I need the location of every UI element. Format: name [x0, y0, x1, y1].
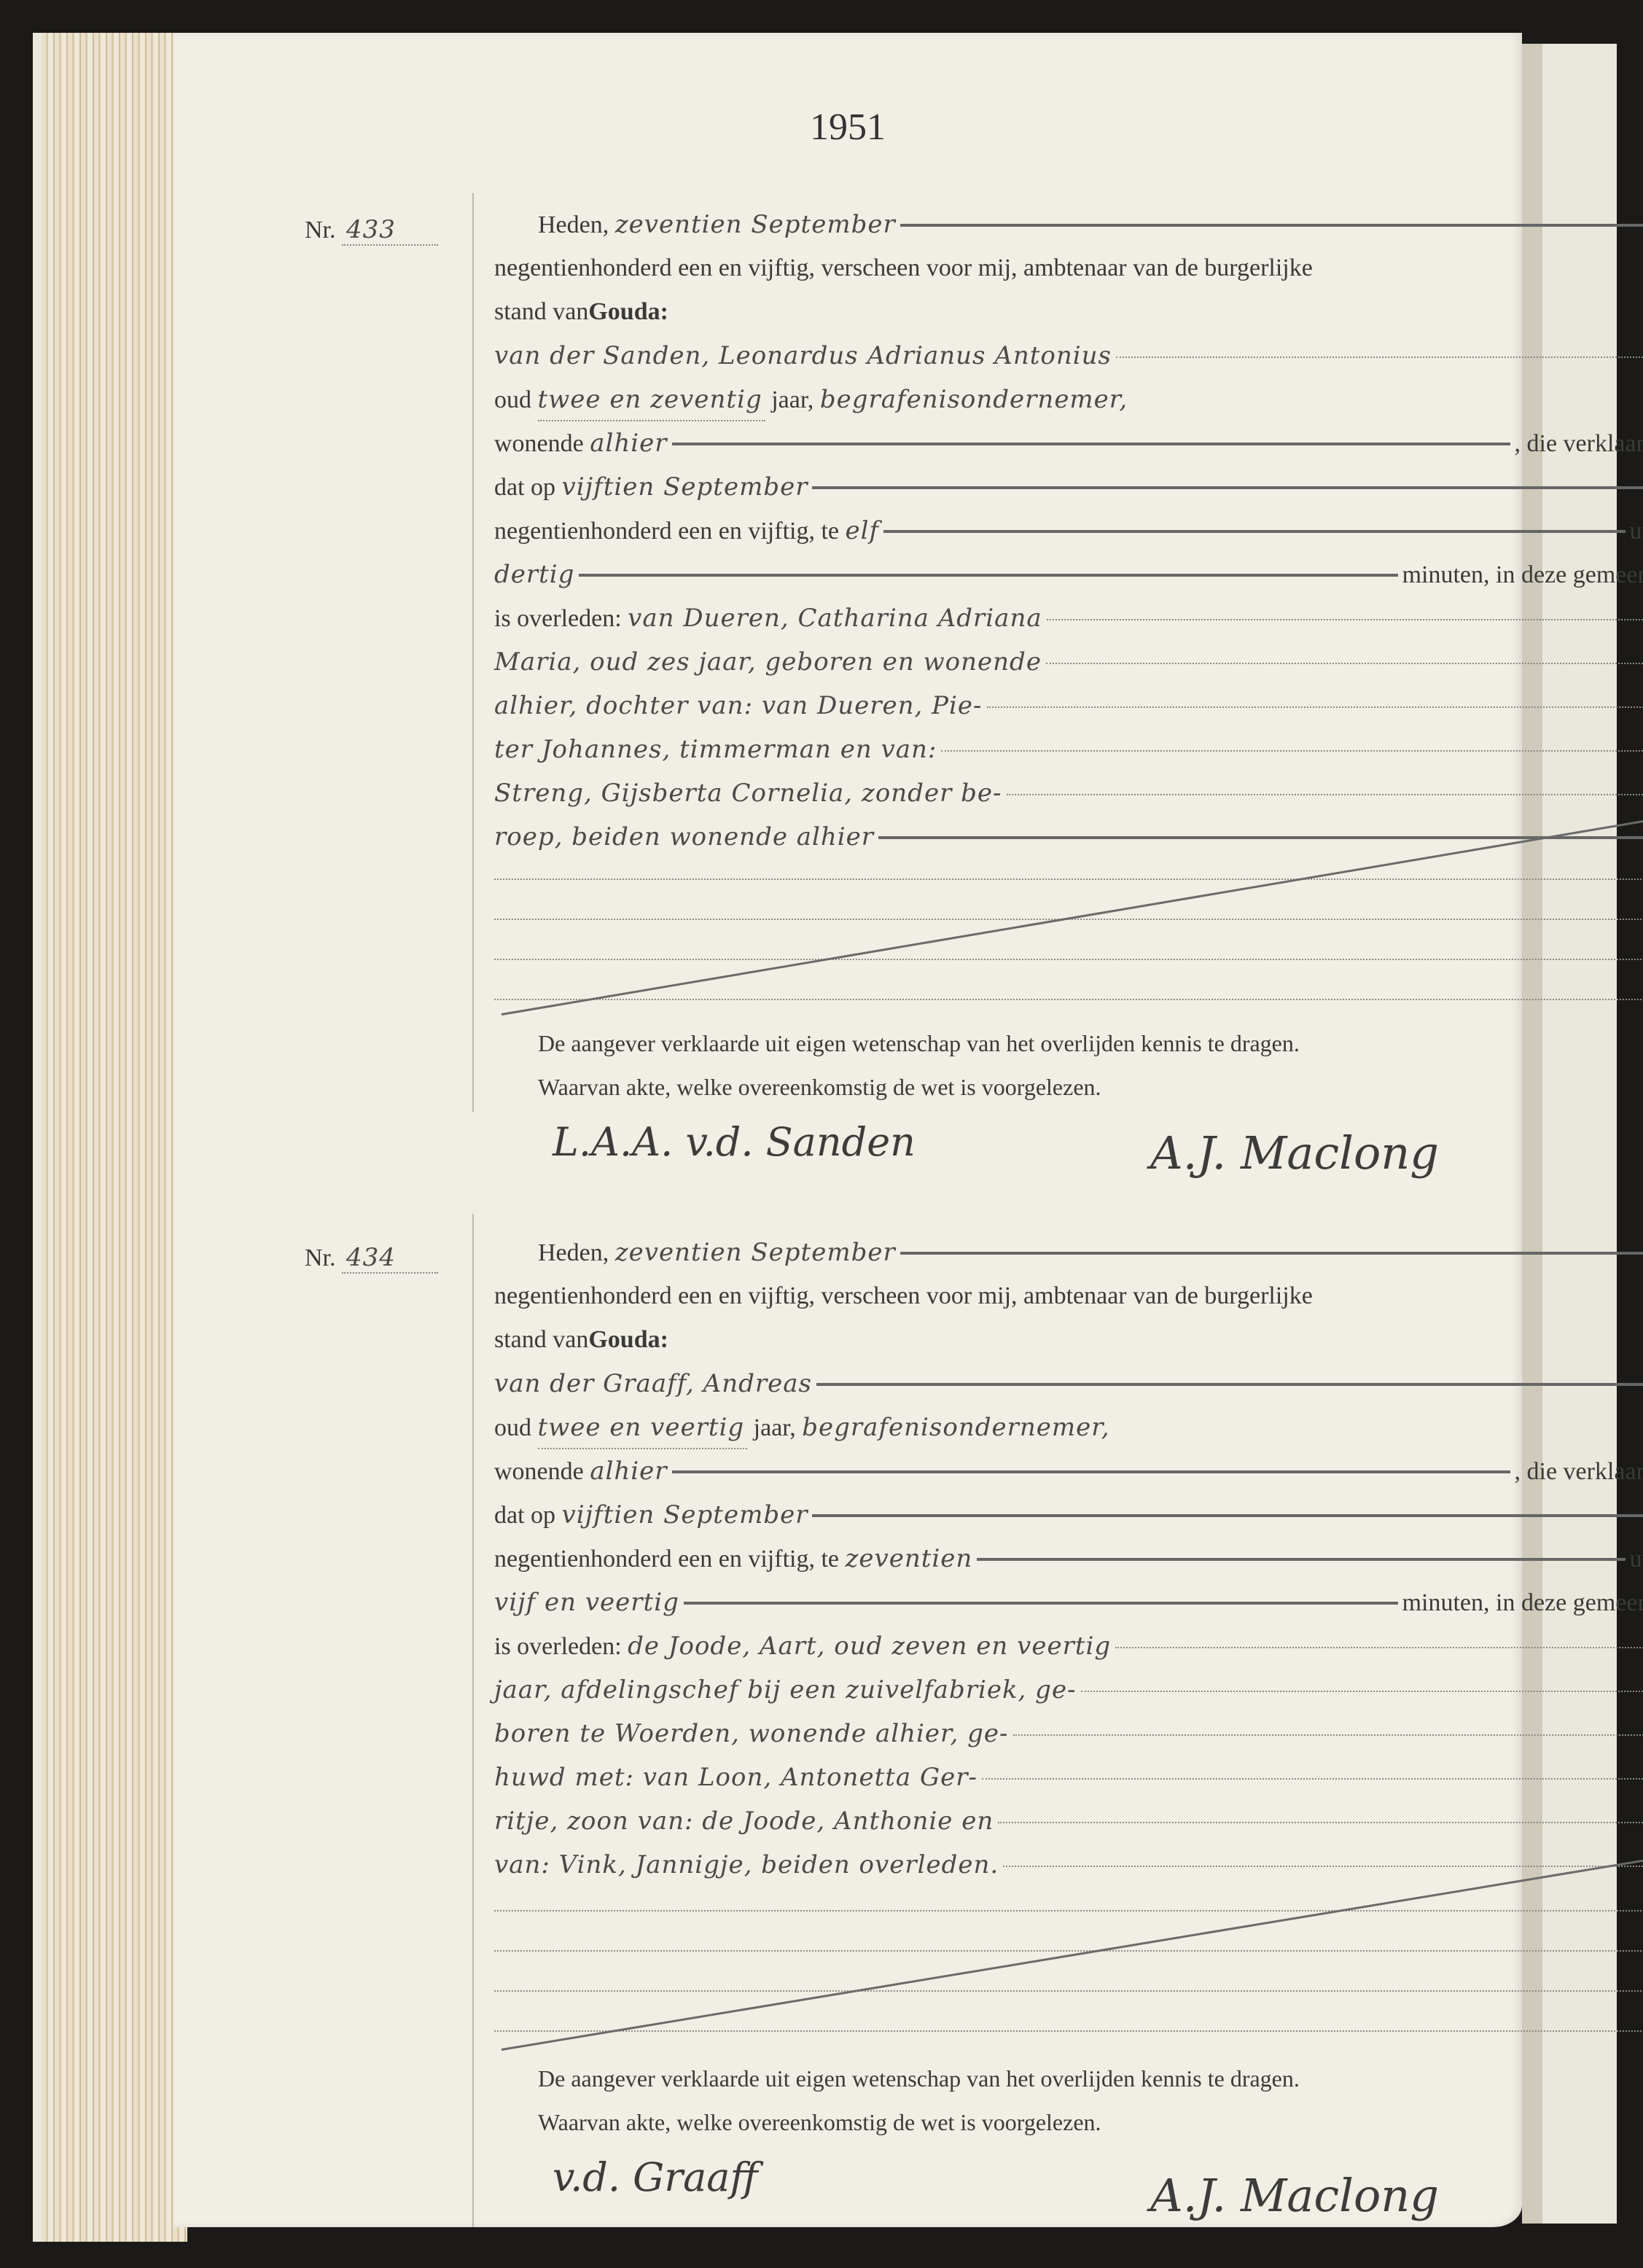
informant-residence: alhier	[590, 1451, 667, 1492]
printed-label: jaar,	[754, 1408, 796, 1449]
informant-name: van der Sanden, Leonardus Adrianus Anton…	[494, 335, 1112, 376]
informant-age: twee en zeventig	[538, 379, 765, 421]
informant-age: twee en veertig	[538, 1407, 748, 1449]
deceased-line: Streng, Gijsberta Cornelia, zonder be-	[494, 773, 1002, 814]
death-hour: zeventien	[846, 1538, 973, 1579]
deceased-line: jaar, afdelingschef bij een zuivelfabrie…	[494, 1669, 1077, 1710]
printed-label: is overleden:	[494, 1626, 622, 1667]
printed-label: Nr.	[305, 217, 336, 243]
printed-label: wonende	[494, 1451, 584, 1492]
deceased-line: alhier, dochter van: van Dueren, Pie-	[494, 685, 983, 726]
informant-residence: alhier	[590, 423, 667, 464]
printed-label: negentienhonderd een en vijftig, te	[494, 511, 839, 552]
page-year: 1951	[173, 106, 1522, 149]
record-number: Nr. 434	[305, 1243, 438, 1274]
printed-label: uur,	[1630, 511, 1643, 552]
printed-label: , die verklaarde	[1515, 1451, 1643, 1492]
informant-name: van der Graaff, Andreas	[494, 1363, 812, 1404]
printed-label: Gouda:	[588, 1320, 668, 1360]
printed-label: wonende	[494, 424, 584, 464]
margin-separator	[472, 193, 474, 1112]
record-number: Nr. 433	[305, 215, 438, 246]
printed-label: oud	[494, 1408, 531, 1449]
printed-label: 433	[342, 215, 438, 246]
death-minutes: vijf en veertig	[494, 1582, 679, 1623]
book-page-edges	[33, 33, 187, 2242]
blank-line	[494, 1990, 1643, 1992]
printed-label: stand van	[494, 1320, 588, 1360]
deceased-line: de Joode, Aart, oud zeven en veertig	[628, 1626, 1111, 1667]
closing-statement: Waarvan akte, welke overeenkomstig de we…	[538, 1068, 1101, 1106]
blank-line	[494, 2030, 1643, 2032]
closing-statement: De aangever verklaarde uit eigen wetensc…	[538, 1024, 1300, 1062]
printed-label: Nr.	[305, 1244, 336, 1271]
informant-occupation: begrafenisondernemer,	[820, 379, 1128, 420]
printed-label: Heden,	[538, 1233, 609, 1274]
date-written: zeventien September	[615, 204, 896, 245]
deceased-line: van: Vink, Jannigje, beiden overleden.	[494, 1844, 999, 1885]
printed-label: dat op	[494, 1495, 555, 1536]
printed-label: , die verklaarde	[1515, 424, 1643, 464]
printed-label: Heden,	[538, 205, 609, 246]
signature-informant: L.A.A. v.d. Sanden	[553, 1119, 916, 1165]
death-date: vijftien September	[562, 1495, 808, 1535]
death-minutes: dertig	[494, 554, 574, 595]
printed-label: Gouda:	[588, 292, 668, 332]
signature-official: A.J. Maclong	[1150, 2169, 1439, 2222]
death-date: vijftien September	[562, 467, 808, 507]
printed-label: negentienhonderd een en vijftig, te	[494, 1539, 839, 1580]
printed-label: oud	[494, 380, 531, 421]
printed-label: dat op	[494, 467, 555, 508]
deceased-line: ter Johannes, timmerman en van:	[494, 729, 937, 770]
printed-label: jaar,	[771, 380, 813, 421]
printed-label: uur,	[1630, 1539, 1643, 1580]
deceased-line: roep, beiden wonende alhier	[494, 817, 874, 857]
printed-label: negentienhonderd een en vijftig, versche…	[494, 1276, 1313, 1317]
printed-label: is overleden:	[494, 599, 622, 639]
margin-separator	[472, 1214, 474, 2227]
register-page: 1951 Nr. 433 Heden, zeventien September …	[173, 33, 1522, 2227]
closing-statement: Waarvan akte, welke overeenkomstig de we…	[538, 2103, 1101, 2141]
blank-line	[494, 959, 1643, 960]
printed-label: stand van	[494, 292, 588, 332]
blank-line	[494, 999, 1643, 1000]
deceased-line: Maria, oud zes jaar, geboren en wonende	[494, 642, 1042, 682]
blank-line	[494, 1910, 1643, 1912]
printed-label: negentienhonderd een en vijftig, versche…	[494, 248, 1313, 289]
blank-line	[494, 1950, 1643, 1952]
blank-line	[494, 878, 1643, 880]
signature-official: A.J. Maclong	[1150, 1126, 1439, 1180]
death-hour: elf	[846, 510, 880, 551]
closing-statement: De aangever verklaarde uit eigen wetensc…	[538, 2059, 1300, 2097]
informant-occupation: begrafenisondernemer,	[802, 1407, 1109, 1448]
deceased-line: huwd met: van Loon, Antonetta Ger-	[494, 1757, 977, 1798]
printed-label: minuten, in deze gemeente	[1402, 1583, 1643, 1624]
printed-label: minuten, in deze gemeente	[1402, 555, 1643, 596]
date-written: zeventien September	[615, 1232, 896, 1273]
deceased-line: van Dueren, Catharina Adriana	[628, 598, 1042, 639]
printed-label: 434	[342, 1243, 438, 1274]
signature-informant: v.d. Graaff	[553, 2154, 758, 2200]
deceased-line: boren te Woerden, wonende alhier, ge-	[494, 1713, 1009, 1754]
deceased-line: ritje, zoon van: de Joode, Anthonie en	[494, 1801, 994, 1842]
